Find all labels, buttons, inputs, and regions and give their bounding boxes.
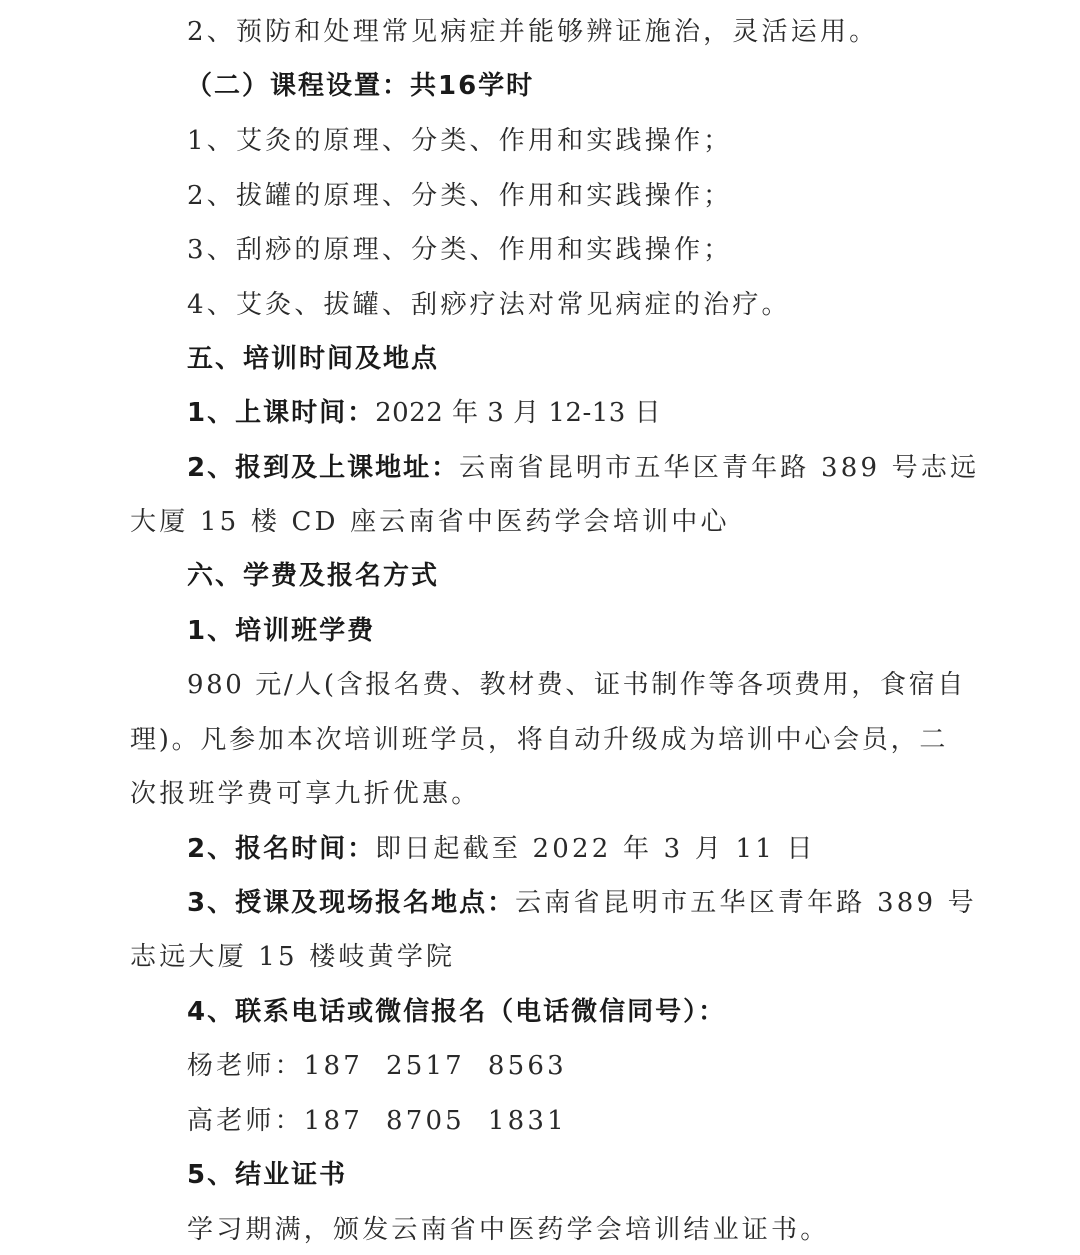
course-item-2: 2、拔罐的原理、分类、作用和实践操作； [187, 180, 1017, 212]
course-item-4: 4、艾灸、拔罐、刮痧疗法对常见病症的治疗。 [187, 289, 1017, 321]
certificate-text: 学习期满，颁发云南省中医药学会培训结业证书。 [187, 1214, 1017, 1246]
class-time-label: 1、上课时间： [187, 398, 375, 428]
registration-location-continued: 志远大厦 15 楼岐黄学院 [130, 941, 960, 973]
course-item-1: 1、艾灸的原理、分类、作用和实践操作； [187, 125, 1017, 157]
class-time-value: 2022 年 3 月 12-13 日 [375, 398, 661, 428]
tuition-text-2: 理)。凡参加本次培训班学员，将自动升级成为培训中心会员，二 [130, 724, 948, 756]
registration-time-label: 2、报名时间： [187, 834, 375, 864]
registration-location: 3、授课及现场报名地点：云南省昆明市五华区青年路 389 号 [187, 887, 957, 919]
registration-time: 2、报名时间：即日起截至 2022 年 3 月 11 日 [187, 833, 1017, 865]
class-address-value: 云南省昆明市五华区青年路 389 号志远 [459, 453, 979, 483]
class-time: 1、上课时间：2022 年 3 月 12-13 日 [187, 397, 1017, 429]
objective-item-2: 2、预防和处理常见病症并能够辨证施治，灵活运用。 [187, 16, 1017, 48]
registration-location-value: 云南省昆明市五华区青年路 389 号 [515, 888, 977, 918]
class-address-continued: 大厦 15 楼 CD 座云南省中医药学会培训中心 [130, 506, 960, 538]
document-page: 2、预防和处理常见病症并能够辨证施治，灵活运用。 （二）课程设置：共16学时 1… [0, 0, 1080, 1255]
course-item-3: 3、刮痧的原理、分类、作用和实践操作； [187, 234, 1017, 266]
section-6-heading: 六、学费及报名方式 [187, 560, 1017, 592]
registration-time-value: 即日起截至 2022 年 3 月 11 日 [375, 834, 816, 864]
class-address-label: 2、报到及上课地址： [187, 453, 459, 483]
course-settings-heading: （二）课程设置：共16学时 [186, 70, 1016, 102]
tuition-heading: 1、培训班学费 [187, 615, 1017, 647]
tuition-text-1: 980 元/人(含报名费、教材费、证书制作等各项费用，食宿自 [187, 669, 949, 701]
class-address: 2、报到及上课地址：云南省昆明市五华区青年路 389 号志远 [187, 452, 957, 484]
contact-heading: 4、联系电话或微信报名（电话微信同号）： [187, 996, 1017, 1028]
registration-location-label: 3、授课及现场报名地点： [187, 888, 515, 918]
contact-teacher-yang: 杨老师：187 2517 8563 [187, 1050, 1017, 1082]
tuition-text-3: 次报班学费可享九折优惠。 [130, 778, 960, 810]
contact-teacher-gao: 高老师：187 8705 1831 [187, 1105, 1017, 1137]
certificate-heading: 5、结业证书 [187, 1159, 1017, 1191]
section-5-heading: 五、培训时间及地点 [187, 343, 1017, 375]
